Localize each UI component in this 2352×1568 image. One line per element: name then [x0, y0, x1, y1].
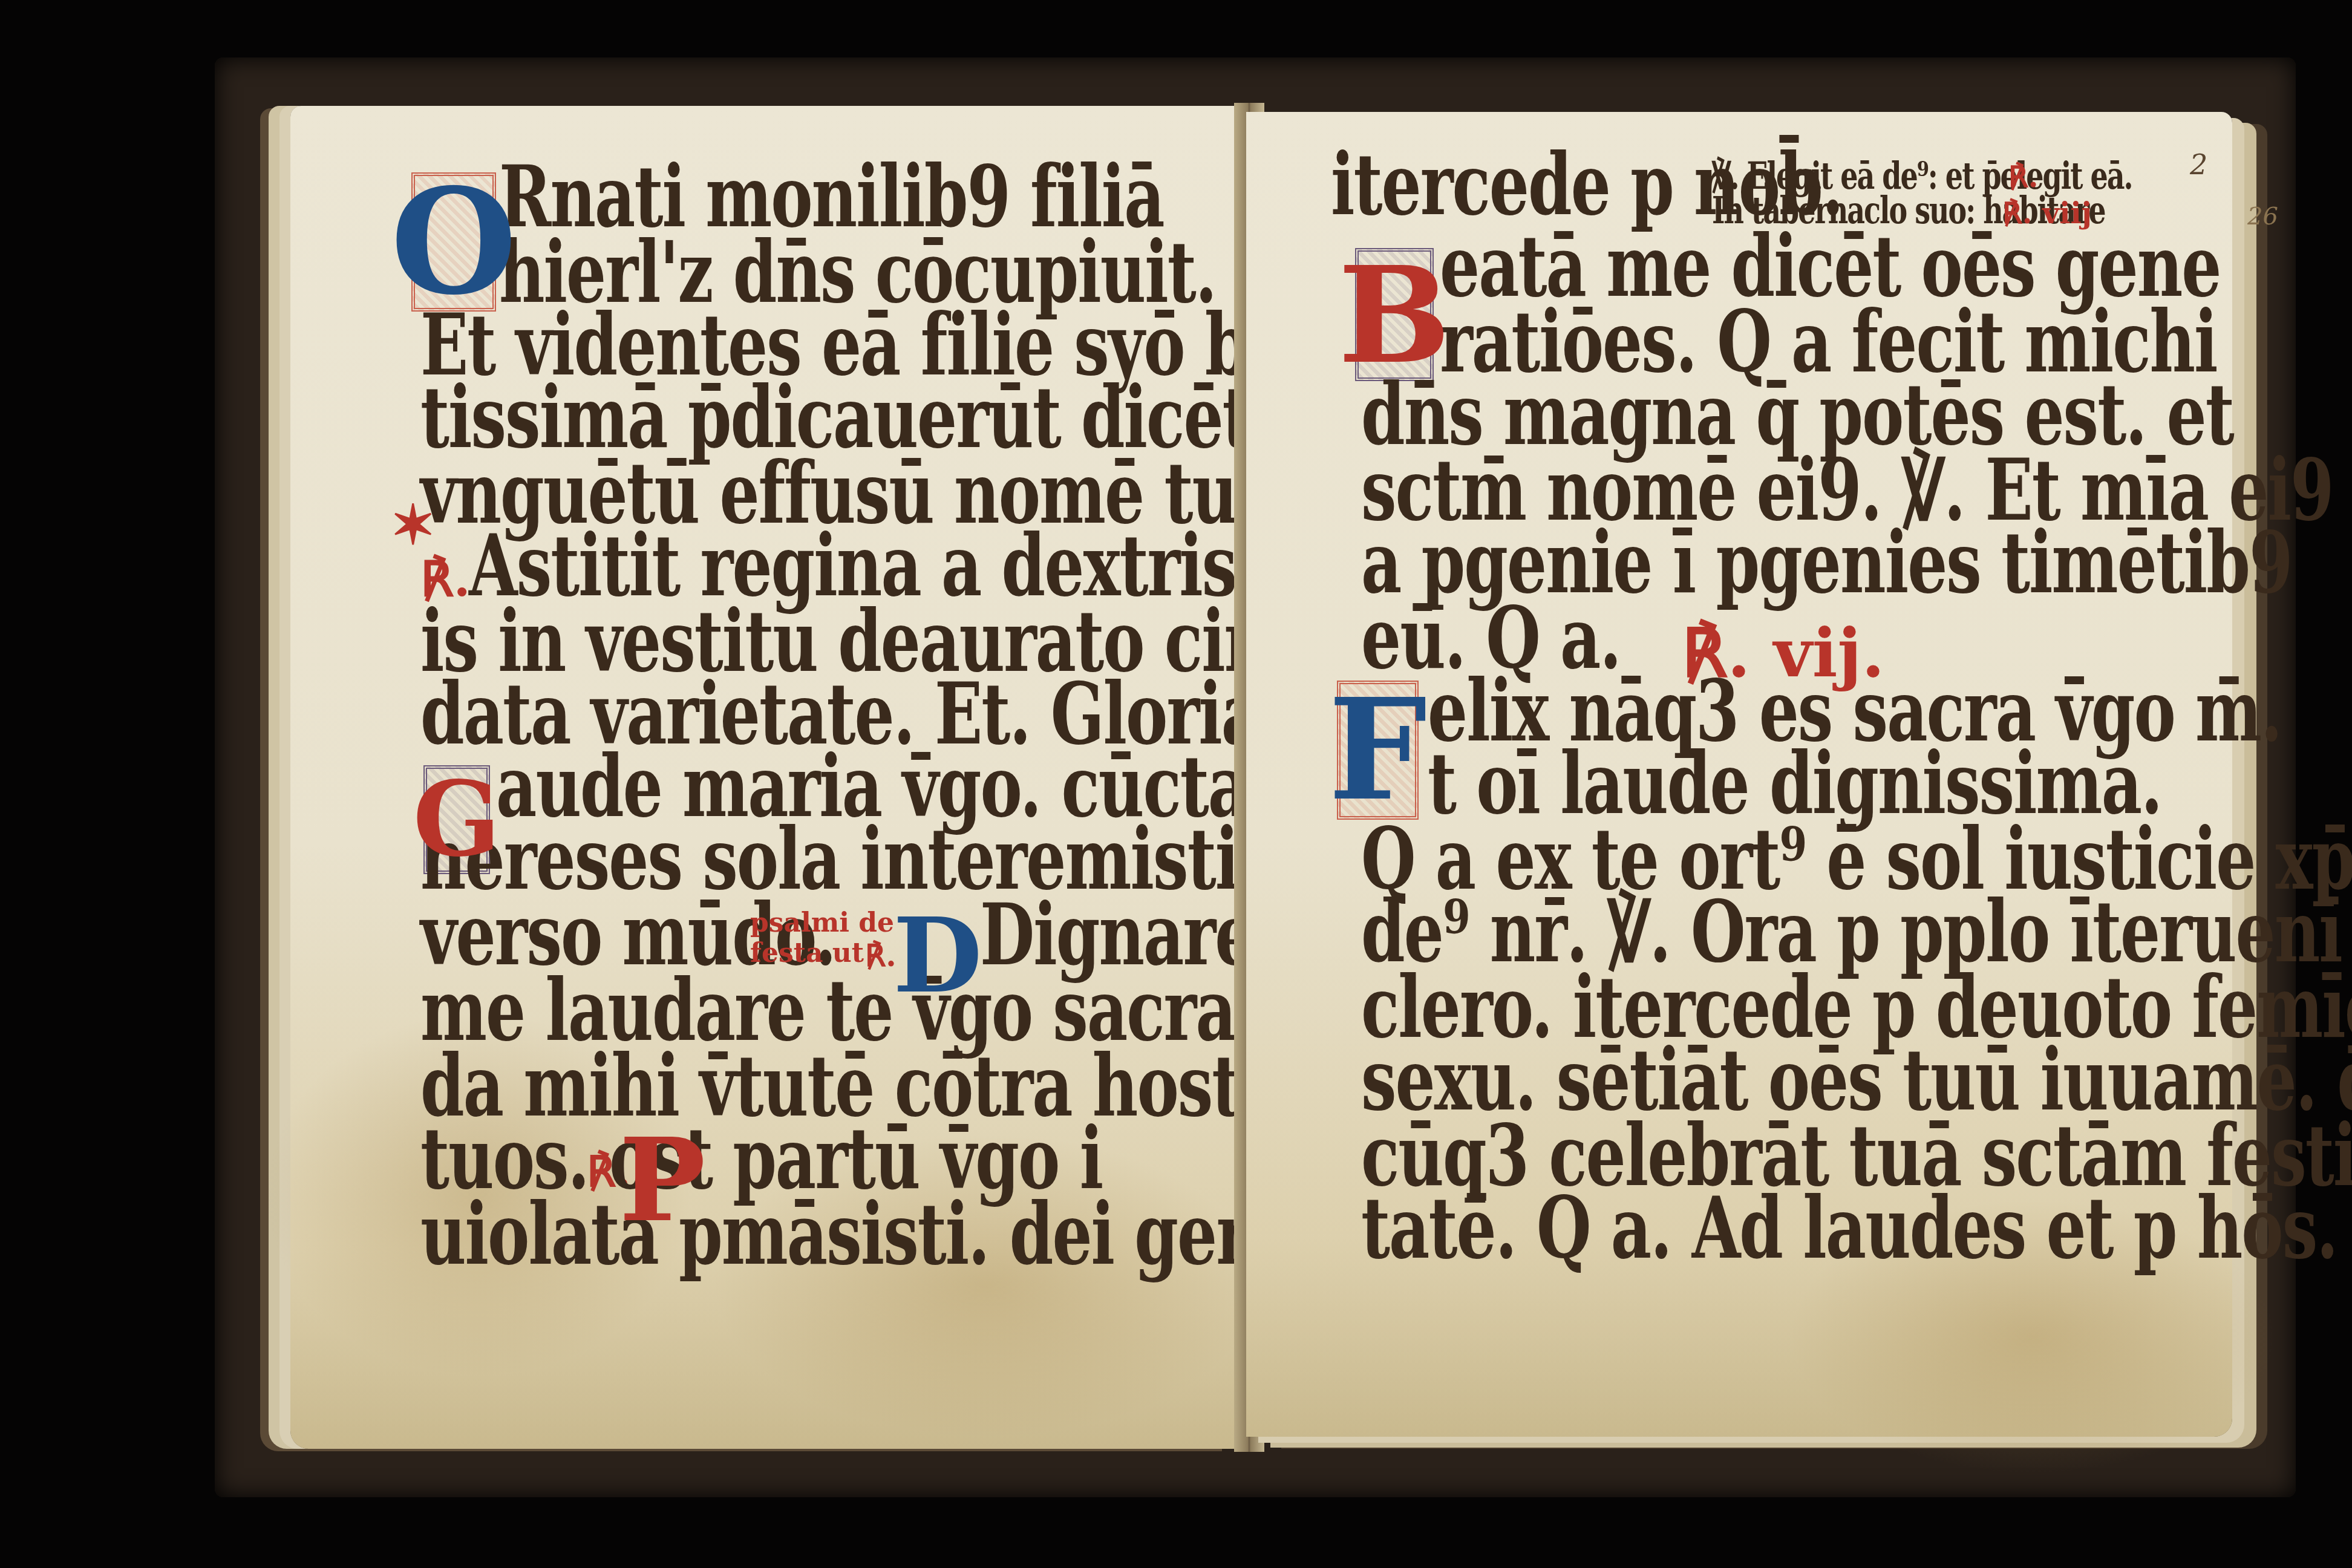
right-page: 2 26 itercede p nob̄. ℣. Elegit eā de⁹: … — [1246, 112, 2232, 1437]
next-leaf-folio: 26 — [2247, 203, 2278, 230]
folio-number: 2 — [2190, 148, 2207, 181]
initial-o: O — [411, 172, 496, 312]
initial-letter: B — [1338, 237, 1451, 393]
initial-g: G — [423, 765, 490, 874]
initial-p: P — [629, 1122, 696, 1237]
initial-f: F — [1337, 681, 1419, 820]
rubric-mark: ℟. — [2008, 160, 2039, 194]
left-page: ✶ O Rnati monilib9 filiā hierl'z dn̄s cō… — [290, 106, 1252, 1449]
initial-letter: G — [413, 759, 500, 880]
initial-letter: F — [1328, 668, 1427, 832]
initial-letter: P — [619, 1112, 706, 1247]
rubric-psalmi: psalmi de — [750, 907, 894, 938]
initial-letter: D — [893, 895, 982, 1016]
initial-d: D — [901, 904, 974, 1007]
initial-letter: O — [390, 157, 517, 327]
initial-b: B — [1355, 248, 1434, 381]
text-line: tatē. Q a. Ad laudes et p hōs. aīi. — [1361, 1178, 2352, 1278]
